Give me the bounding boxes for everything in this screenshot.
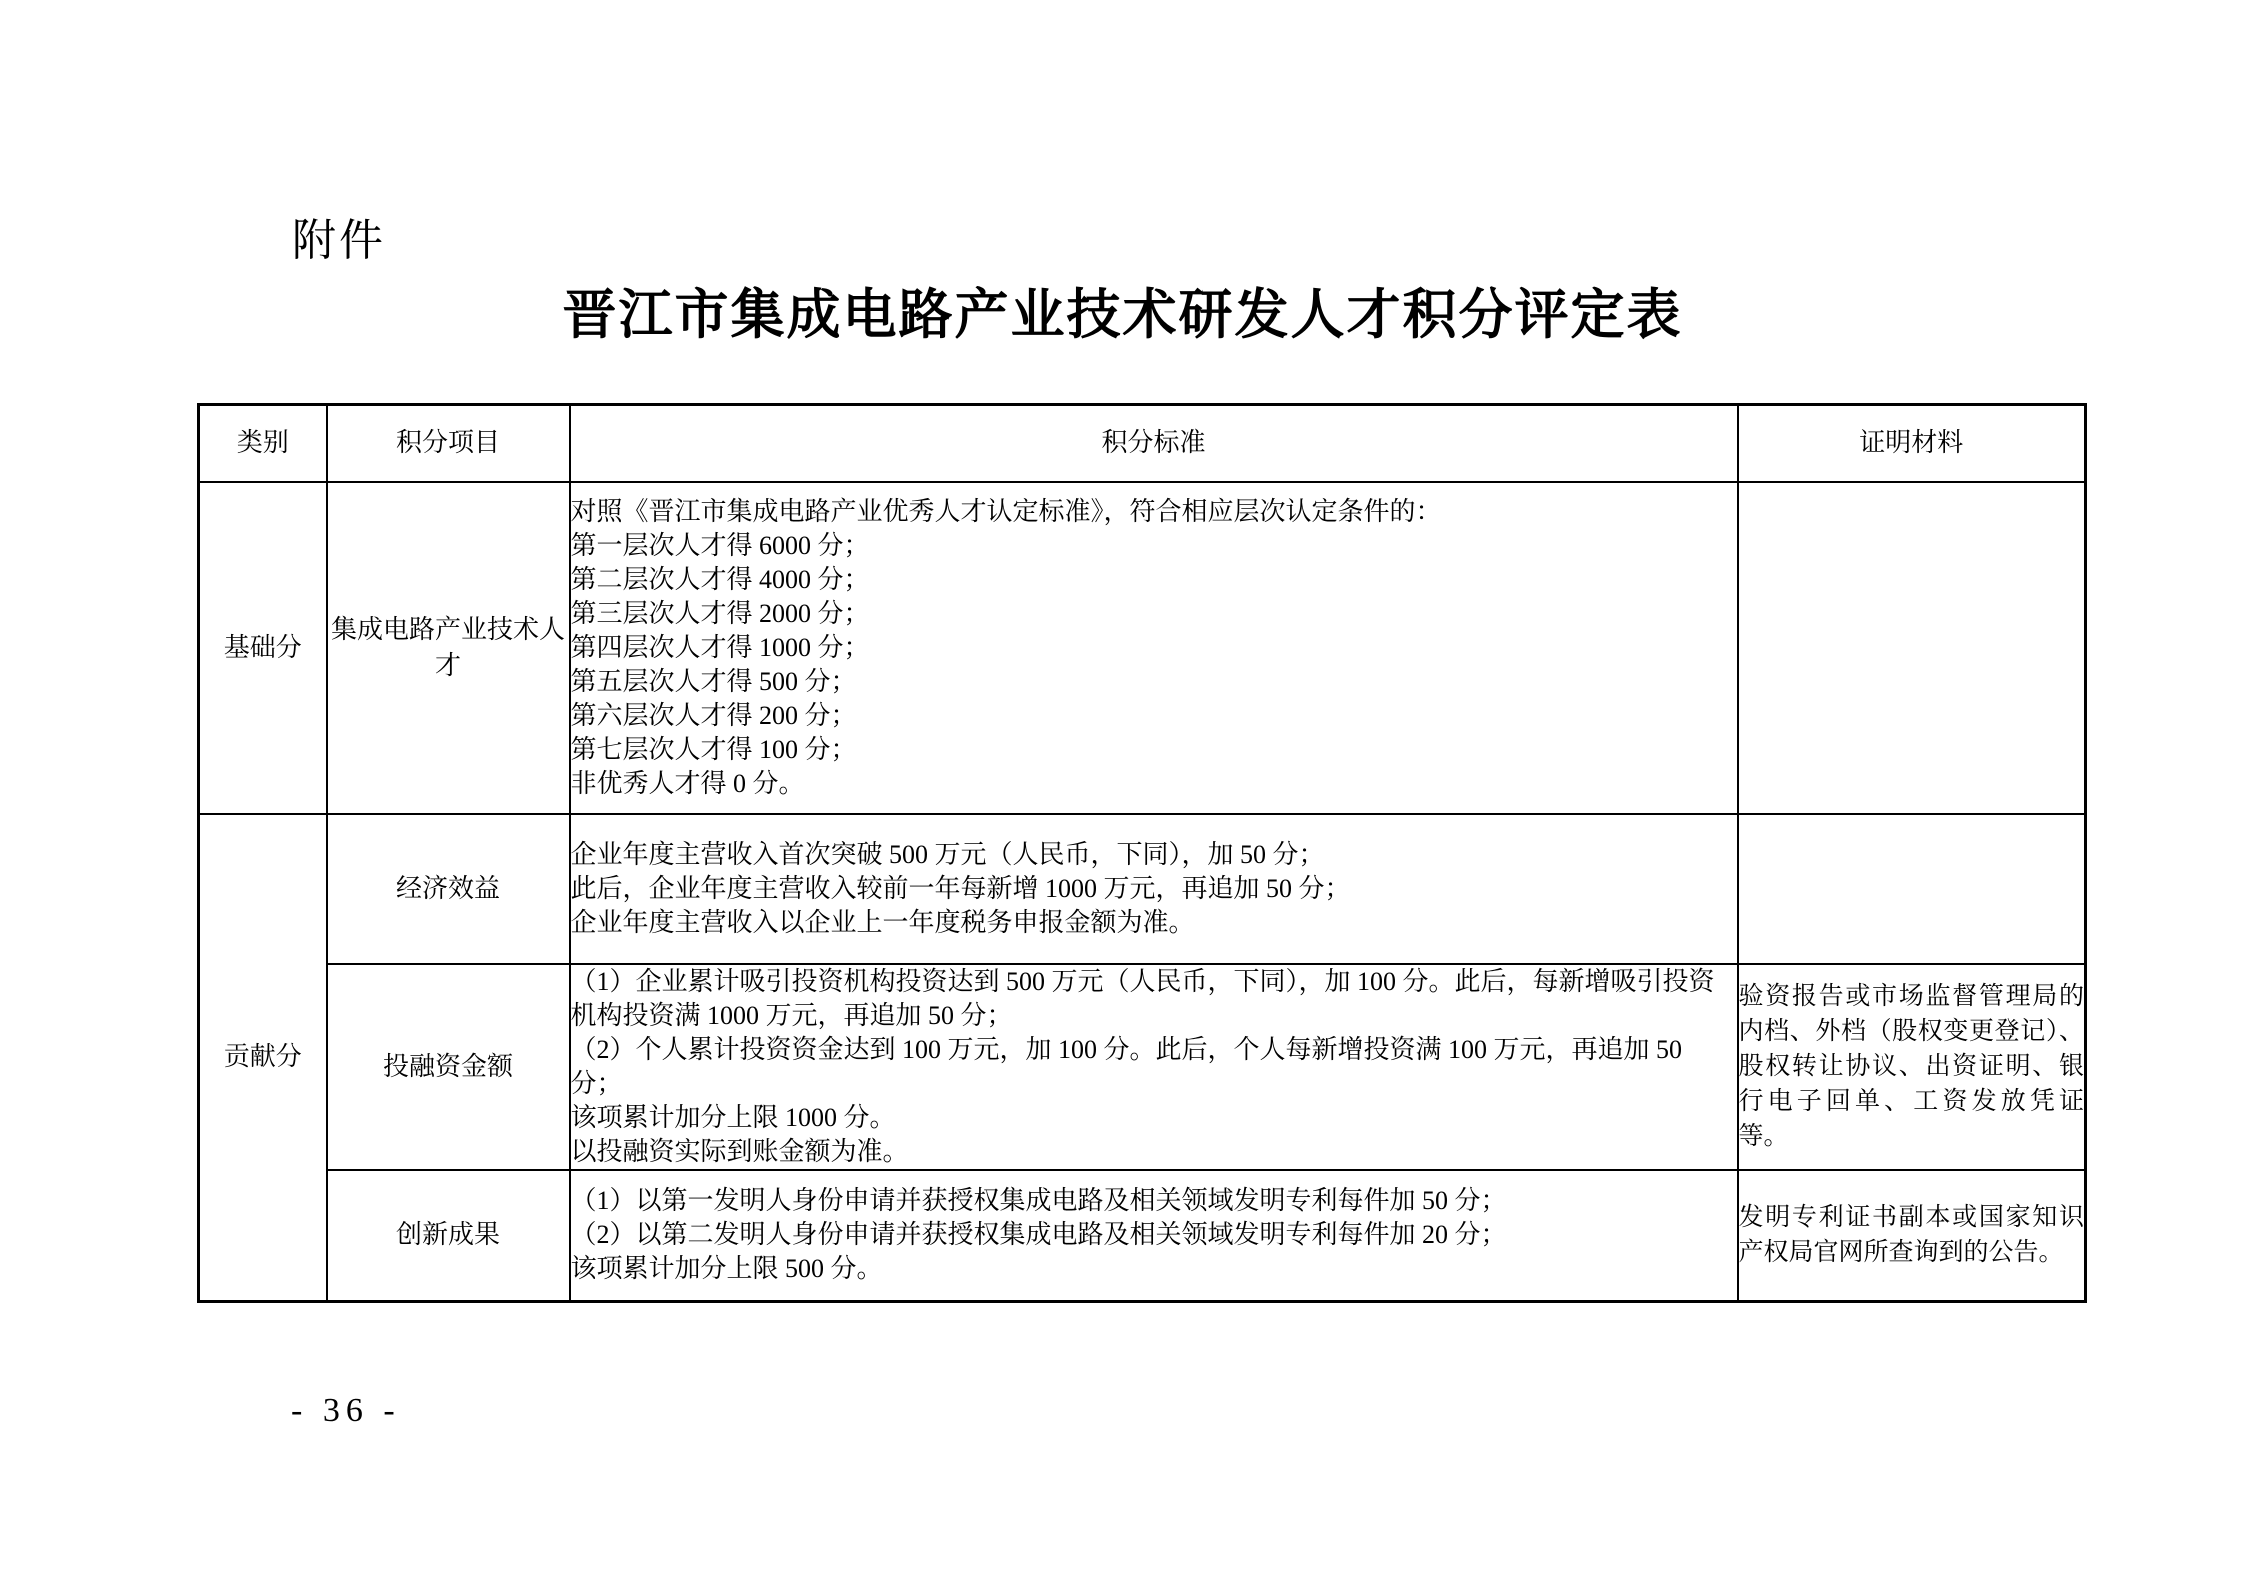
item-cell: 经济效益 [327,814,570,964]
item-cell: 创新成果 [327,1170,570,1302]
criteria-line: 第七层次人才得 100 分； [571,733,1737,767]
attachment-label: 附件 [292,204,386,268]
criteria-line: 以投融资实际到账金额为准。 [571,1135,1737,1169]
column-header-item: 积分项目 [327,405,570,482]
criteria-line: （2）以第二发明人身份申请并获授权集成电路及相关领域发明专利每件加 20 分； [571,1218,1737,1252]
item-cell: 集成电路产业技术人才 [327,482,570,814]
proof-cell [1738,482,2086,814]
criteria-line: 第一层次人才得 6000 分； [571,529,1737,563]
table-header-row: 类别 积分项目 积分标准 证明材料 [199,405,2086,482]
page-number: - 36 - [291,1392,401,1430]
table-row: 投融资金额 （1）企业累计吸引投资机构投资达到 500 万元（人民币，下同），加… [199,964,2086,1170]
column-header-criteria: 积分标准 [570,405,1738,482]
criteria-cell: （1）企业累计吸引投资机构投资达到 500 万元（人民币，下同），加 100 分… [570,964,1738,1170]
table-row: 创新成果 （1）以第一发明人身份申请并获授权集成电路及相关领域发明专利每件加 5… [199,1170,2086,1302]
criteria-line: 企业年度主营收入首次突破 500 万元（人民币，下同），加 50 分； [571,838,1737,872]
criteria-line: 该项累计加分上限 1000 分。 [571,1101,1737,1135]
column-header-proof: 证明材料 [1738,405,2086,482]
criteria-line: 第六层次人才得 200 分； [571,699,1737,733]
criteria-line: 第三层次人才得 2000 分； [571,597,1737,631]
column-header-category: 类别 [199,405,327,482]
criteria-line: 对照《晋江市集成电路产业优秀人才认定标准》，符合相应层次认定条件的： [571,495,1737,529]
page-title: 晋江市集成电路产业技术研发人才积分评定表 [0,272,2245,349]
criteria-line: （2）个人累计投资资金达到 100 万元，加 100 分。此后，个人每新增投资满… [571,1033,1737,1101]
item-cell: 投融资金额 [327,964,570,1170]
table-row: 贡献分 经济效益 企业年度主营收入首次突破 500 万元（人民币，下同），加 5… [199,814,2086,964]
criteria-line: 第二层次人才得 4000 分； [571,563,1737,597]
criteria-line: （1）以第一发明人身份申请并获授权集成电路及相关领域发明专利每件加 50 分； [571,1184,1737,1218]
table-row: 基础分 集成电路产业技术人才 对照《晋江市集成电路产业优秀人才认定标准》，符合相… [199,482,2086,814]
points-evaluation-table: 类别 积分项目 积分标准 证明材料 基础分 集成电路产业技术人才 对照《晋江市集… [197,403,2087,1303]
proof-cell: 发明专利证书副本或国家知识产权局官网所查询到的公告。 [1738,1170,2086,1302]
criteria-line: 企业年度主营收入以企业上一年度税务申报金额为准。 [571,906,1737,940]
category-cell-contribution: 贡献分 [199,814,327,1302]
proof-cell: 验资报告或市场监督管理局的内档、外档（股权变更登记）、股权转让协议、出资证明、银… [1738,964,2086,1170]
criteria-line: 该项累计加分上限 500 分。 [571,1252,1737,1286]
criteria-cell: 企业年度主营收入首次突破 500 万元（人民币，下同），加 50 分； 此后，企… [570,814,1738,964]
criteria-line: 此后，企业年度主营收入较前一年每新增 1000 万元，再追加 50 分； [571,872,1737,906]
proof-cell [1738,814,2086,964]
criteria-line: 第五层次人才得 500 分； [571,665,1737,699]
category-cell-basic: 基础分 [199,482,327,814]
criteria-line: 非优秀人才得 0 分。 [571,767,1737,801]
criteria-cell: 对照《晋江市集成电路产业优秀人才认定标准》，符合相应层次认定条件的： 第一层次人… [570,482,1738,814]
criteria-line: 第四层次人才得 1000 分； [571,631,1737,665]
criteria-cell: （1）以第一发明人身份申请并获授权集成电路及相关领域发明专利每件加 50 分； … [570,1170,1738,1302]
criteria-line: （1）企业累计吸引投资机构投资达到 500 万元（人民币，下同），加 100 分… [571,965,1737,1033]
